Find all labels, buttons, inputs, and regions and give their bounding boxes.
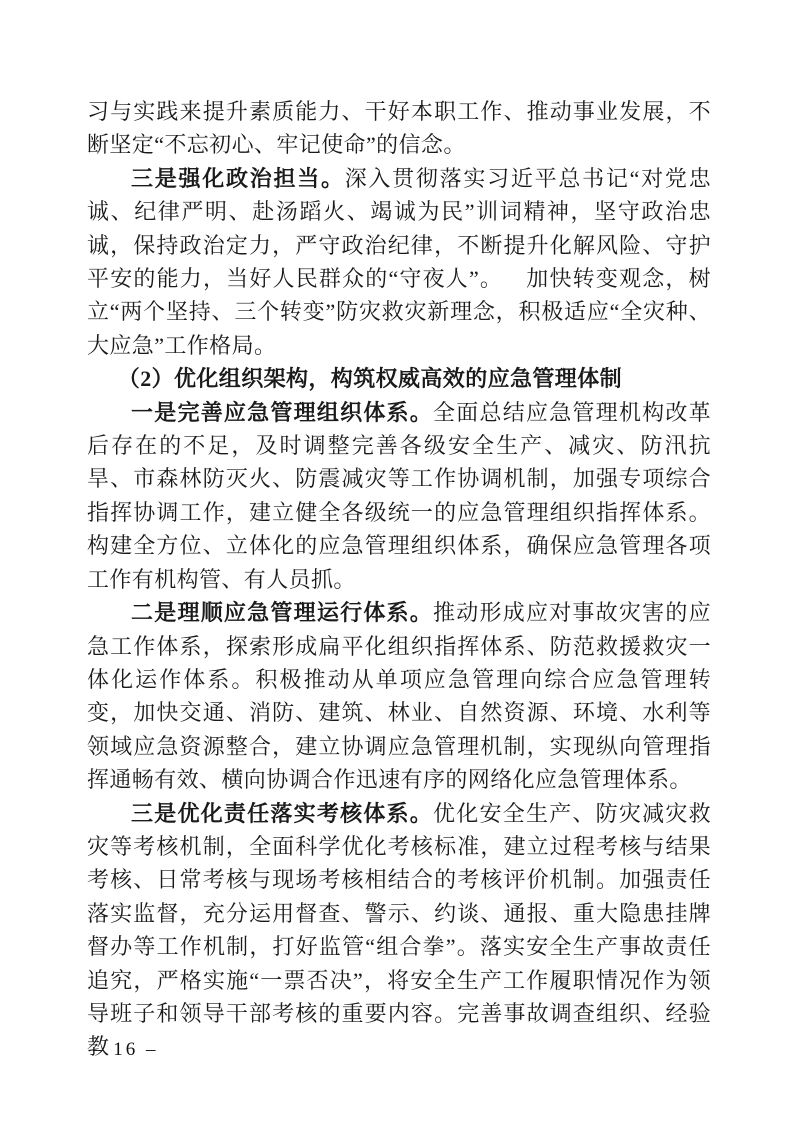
page-number: – 16 – xyxy=(93,1039,159,1061)
paragraph: 三是优化责任落实考核体系。优化安全生产、防灾减灾救灾等考核机制，全面科学优化考核… xyxy=(87,797,711,1064)
paragraph-text: 推动形成应对事故灾害的应急工作体系，探索形成扁平化组织指挥体系、防范救援救灾一体… xyxy=(87,600,711,792)
section-heading: （2）优化组织架构，构筑权威高效的应急管理体制 xyxy=(87,362,711,395)
section-heading-text: （2）优化组织架构，构筑权威高效的应急管理体制 xyxy=(118,366,622,391)
paragraph: 三是强化政治担当。深入贯彻落实习近平总书记“对党忠诚、纪律严明、赴汤蹈火、竭诚为… xyxy=(87,162,711,362)
paragraph: 一是完善应急管理组织体系。全面总结应急管理机构改革后存在的不足，及时调整完善各级… xyxy=(87,396,711,596)
paragraph-text: 习与实践来提升素质能力、干好本职工作、推动事业发展，不断坚定“不忘初心、牢记使命… xyxy=(87,99,711,157)
paragraph-lead: 三是优化责任落实考核体系。 xyxy=(131,801,433,826)
paragraph-lead: 二是理顺应急管理运行体系。 xyxy=(131,600,433,625)
paragraph: 二是理顺应急管理运行体系。推动形成应对事故灾害的应急工作体系，探索形成扁平化组织… xyxy=(87,596,711,796)
paragraph-text: 全面总结应急管理机构改革后存在的不足，及时调整完善各级安全生产、减灾、防汛抗旱、… xyxy=(87,400,711,592)
document-body: 习与实践来提升素质能力、干好本职工作、推动事业发展，不断坚定“不忘初心、牢记使命… xyxy=(87,95,711,1064)
document-page: 习与实践来提升素质能力、干好本职工作、推动事业发展，不断坚定“不忘初心、牢记使命… xyxy=(0,0,793,1122)
paragraph-text: 深入贯彻落实习近平总书记“对党忠诚、纪律严明、赴汤蹈火、竭诚为民”训词精神，坚守… xyxy=(87,166,711,358)
paragraph-lead: 一是完善应急管理组织体系。 xyxy=(131,400,433,425)
paragraph-text: 优化安全生产、防灾减灾救灾等考核机制，全面科学优化考核标准，建立过程考核与结果考… xyxy=(87,801,711,1060)
paragraph-continuation: 习与实践来提升素质能力、干好本职工作、推动事业发展，不断坚定“不忘初心、牢记使命… xyxy=(87,95,711,162)
paragraph-lead: 三是强化政治担当。 xyxy=(131,166,345,191)
